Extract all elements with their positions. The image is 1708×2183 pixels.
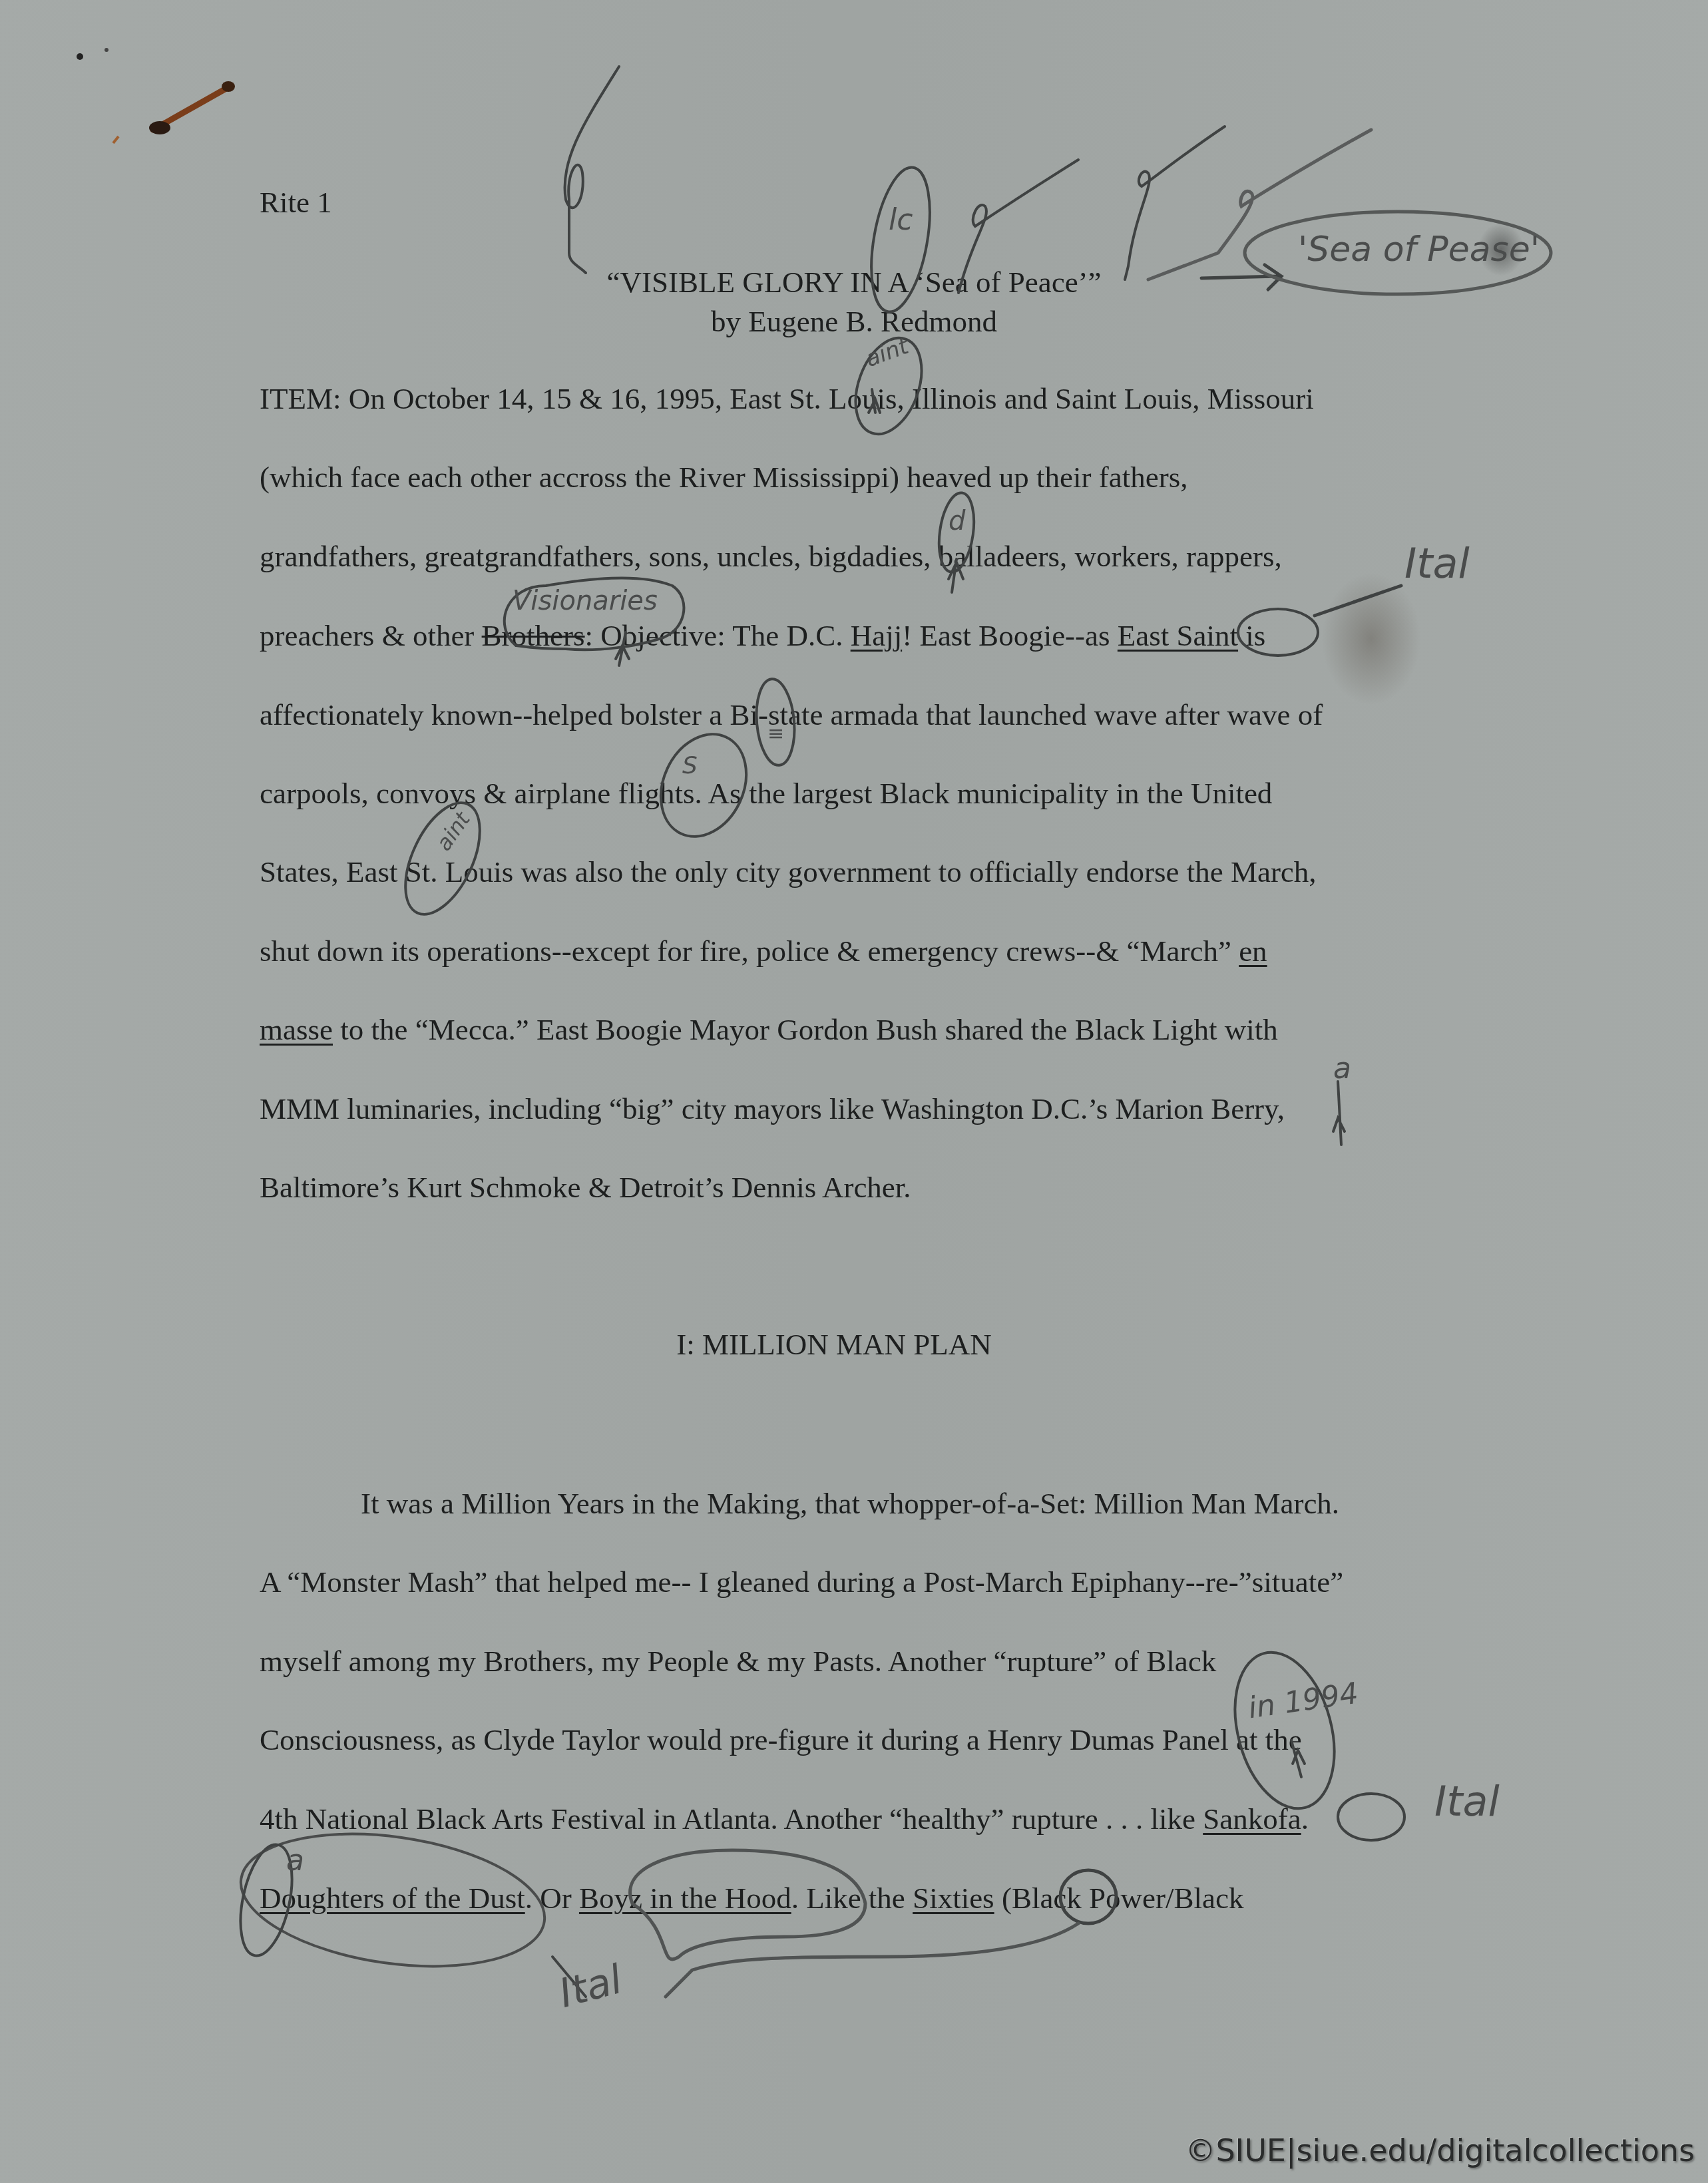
copyright-watermark: ©SIUE|siue.edu/digitalcollections bbox=[1185, 2132, 1695, 2168]
text-span: . Or bbox=[525, 1882, 579, 1915]
text-line: (which face each other accross the River… bbox=[260, 460, 1188, 495]
text-line: Consciousness, as Clyde Taylor would pre… bbox=[260, 1722, 1302, 1757]
handwritten-insert-d: d bbox=[949, 506, 965, 536]
text-span: preachers & other bbox=[260, 619, 482, 652]
article-title: “VISIBLE GLORY IN A ‘Sea of Peace’” bbox=[0, 265, 1708, 299]
text-span: (Black Power/Black bbox=[994, 1882, 1244, 1915]
underlined-title: Sankofa bbox=[1203, 1802, 1301, 1836]
handwritten-insert-a: a bbox=[1333, 1052, 1351, 1086]
text-span: 4th National Black Arts Festival in Atla… bbox=[260, 1802, 1203, 1836]
page-label: Rite 1 bbox=[260, 188, 332, 218]
handwritten-insert-aint: aint bbox=[862, 333, 912, 373]
text-line: States, East St. Louis was also the only… bbox=[260, 855, 1317, 889]
handwritten-visionaries: Visionaries bbox=[513, 586, 658, 616]
struck-word: Brothers bbox=[482, 619, 585, 652]
handwritten-title-note: 'Sea of Pease' bbox=[1298, 230, 1540, 270]
underlined-phrase: East Saint bbox=[1118, 619, 1238, 652]
handwritten-ital-note: Ital bbox=[554, 1956, 628, 2017]
handwritten-flights-s: S bbox=[682, 752, 698, 779]
text-span: ! East Boogie--as bbox=[902, 619, 1118, 652]
handwritten-insert-a-daughters: a bbox=[286, 1844, 304, 1878]
handwritten-ital-note: Ital bbox=[1404, 539, 1470, 588]
text-span: is bbox=[1238, 619, 1265, 652]
text-span: : Objective: The D.C. bbox=[585, 619, 851, 652]
text-line: It was a Million Years in the Making, th… bbox=[361, 1486, 1339, 1521]
underlined-title: Doughters of the Dust bbox=[260, 1882, 525, 1915]
text-line: A “Monster Mash” that helped me-- I glea… bbox=[260, 1565, 1343, 1599]
text-line: Doughters of the Dust. Or Boyz in the Ho… bbox=[260, 1881, 1244, 1915]
handwritten-lc-mark: lc bbox=[889, 203, 913, 237]
text-line: preachers & other Brothers: Objective: T… bbox=[260, 618, 1265, 653]
section-heading: I: MILLION MAN PLAN bbox=[0, 1327, 1688, 1362]
text-line: 4th National Black Arts Festival in Atla… bbox=[260, 1802, 1309, 1836]
text-line: Baltimore’s Kurt Schmoke & Detroit’s Den… bbox=[260, 1170, 911, 1205]
text-line: grandfathers, greatgrandfathers, sons, u… bbox=[260, 539, 1282, 574]
text-span: to the “Mecca.” East Boogie Mayor Gordon… bbox=[333, 1013, 1278, 1046]
text-line: affectionately known--helped bolster a B… bbox=[260, 697, 1323, 732]
handwritten-ital-note: Ital bbox=[1434, 1777, 1500, 1826]
text-span: . bbox=[1301, 1802, 1309, 1836]
underlined-word: Hajj bbox=[851, 619, 902, 652]
document-page: Rite 1 “VISIBLE GLORY IN A ‘Sea of Peace… bbox=[0, 0, 1708, 2183]
text-line: ITEM: On October 14, 15 & 16, 1995, East… bbox=[260, 381, 1314, 416]
stain bbox=[1321, 572, 1421, 705]
text-line: carpools, convoys & airplane flights. As… bbox=[260, 776, 1272, 811]
text-span: . Like the bbox=[791, 1882, 913, 1915]
text-line: myself among my Brothers, my People & my… bbox=[260, 1644, 1216, 1679]
underlined-word: en bbox=[1239, 934, 1267, 968]
underlined-word: masse bbox=[260, 1013, 333, 1046]
text-line: MMM luminaries, including “big” city may… bbox=[260, 1091, 1285, 1126]
handwritten-in-1994: in 1994 bbox=[1246, 1677, 1361, 1726]
text-line: shut down its operations--except for fir… bbox=[260, 934, 1267, 968]
byline: by Eugene B. Redmond bbox=[0, 304, 1708, 339]
handwritten-insert-aint-2: aint bbox=[431, 807, 475, 855]
underlined-title: Boyz in the Hood bbox=[579, 1882, 791, 1915]
text-line: masse to the “Mecca.” East Boogie Mayor … bbox=[260, 1012, 1278, 1047]
text-span: shut down its operations--except for fir… bbox=[260, 934, 1239, 968]
underlined-word: Sixties bbox=[913, 1882, 994, 1915]
handwritten-bi-mark: ≡ bbox=[767, 722, 784, 745]
